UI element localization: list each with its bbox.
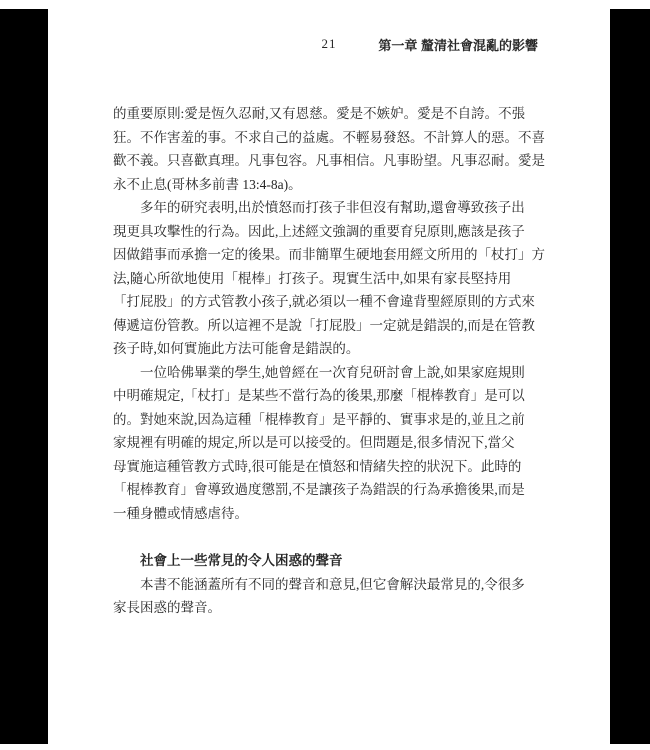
text-line: 「棍棒教育」會導致過度懲罰,不是讓孩子為錯誤的行為承擔後果,而是 — [113, 478, 541, 502]
text-line: 狂。不作害羞的事。不求自己的益處。不輕易發怒。不計算人的惡。不喜 — [113, 126, 541, 150]
scan-edge-left — [0, 9, 48, 744]
text-line: 本書不能涵蓋所有不同的聲音和意見,但它會解決最常見的,令很多 — [113, 573, 541, 597]
paragraph: 一位哈佛畢業的學生,她曾經在一次育兒研討會上說,如果家庭規則 中明確規定,「杖打… — [113, 361, 541, 526]
text-line: 「打屁股」的方式管教小孩子,就必須以一種不會違背聖經原則的方式來 — [113, 290, 541, 314]
text-line: 多年的研究表明,出於憤怒而打孩子非但沒有幫助,還會導致孩子出 — [113, 196, 541, 220]
text-line: 歡不義。只喜歡真理。凡事包容。凡事相信。凡事盼望。凡事忍耐。愛是 — [113, 149, 541, 173]
text-line: 永不止息(哥林多前書 13:4-8a)。 — [113, 173, 541, 197]
text-line: 母實施這種管教方式時,很可能是在憤怒和情緒失控的狀況下。此時的 — [113, 455, 541, 479]
chapter-running-head: 第一章 釐清社會混亂的影響 — [378, 35, 538, 54]
text-line: 的。對她來說,因為這種「棍棒教育」是平靜的、實事求是的,並且之前 — [113, 408, 541, 432]
scan-edge-right — [610, 9, 650, 744]
text-line: 家規裡有明確的規定,所以是可以接受的。但問題是,很多情況下,當父 — [113, 431, 541, 455]
text-line: 因做錯事而承擔一定的後果。而非簡單生硬地套用經文所用的「杖打」方 — [113, 243, 541, 267]
page-text-body: 的重要原則:愛是恆久忍耐,又有恩慈。愛是不嫉妒。愛是不自誇。不張 狂。不作害羞的… — [113, 102, 541, 620]
paragraph: 多年的研究表明,出於憤怒而打孩子非但沒有幫助,還會導致孩子出 現更具攻擊性的行為… — [113, 196, 541, 361]
paragraph: 本書不能涵蓋所有不同的聲音和意見,但它會解決最常見的,令很多 家長困惑的聲音。 — [113, 573, 541, 620]
text-line: 法,隨心所欲地使用「棍棒」打孩子。現實生活中,如果有家長堅持用 — [113, 267, 541, 291]
text-line: 的重要原則:愛是恆久忍耐,又有恩慈。愛是不嫉妒。愛是不自誇。不張 — [113, 102, 541, 126]
text-line: 傳遞這份管教。所以這裡不是說「打屁股」一定就是錯誤的,而是在管教 — [113, 314, 541, 338]
paragraph: 的重要原則:愛是恆久忍耐,又有恩慈。愛是不嫉妒。愛是不自誇。不張 狂。不作害羞的… — [113, 102, 541, 196]
section-heading: 社會上一些常見的令人困惑的聲音 — [113, 549, 541, 573]
text-line: 一種身體或情感虐待。 — [113, 502, 541, 526]
text-line: 中明確規定,「杖打」是某些不當行為的後果,那麼「棍棒教育」是可以 — [113, 384, 541, 408]
text-line: 一位哈佛畢業的學生,她曾經在一次育兒研討會上說,如果家庭規則 — [113, 361, 541, 385]
text-line: 孩子時,如何實施此方法可能會是錯誤的。 — [113, 337, 541, 361]
text-line: 家長困惑的聲音。 — [113, 596, 541, 620]
text-line: 現更具攻擊性的行為。因此,上述經文強調的重要育兒原則,應該是孩子 — [113, 220, 541, 244]
book-page: 21 第一章 釐清社會混亂的影響 的重要原則:愛是恆久忍耐,又有恩慈。愛是不嫉妒… — [0, 0, 650, 750]
